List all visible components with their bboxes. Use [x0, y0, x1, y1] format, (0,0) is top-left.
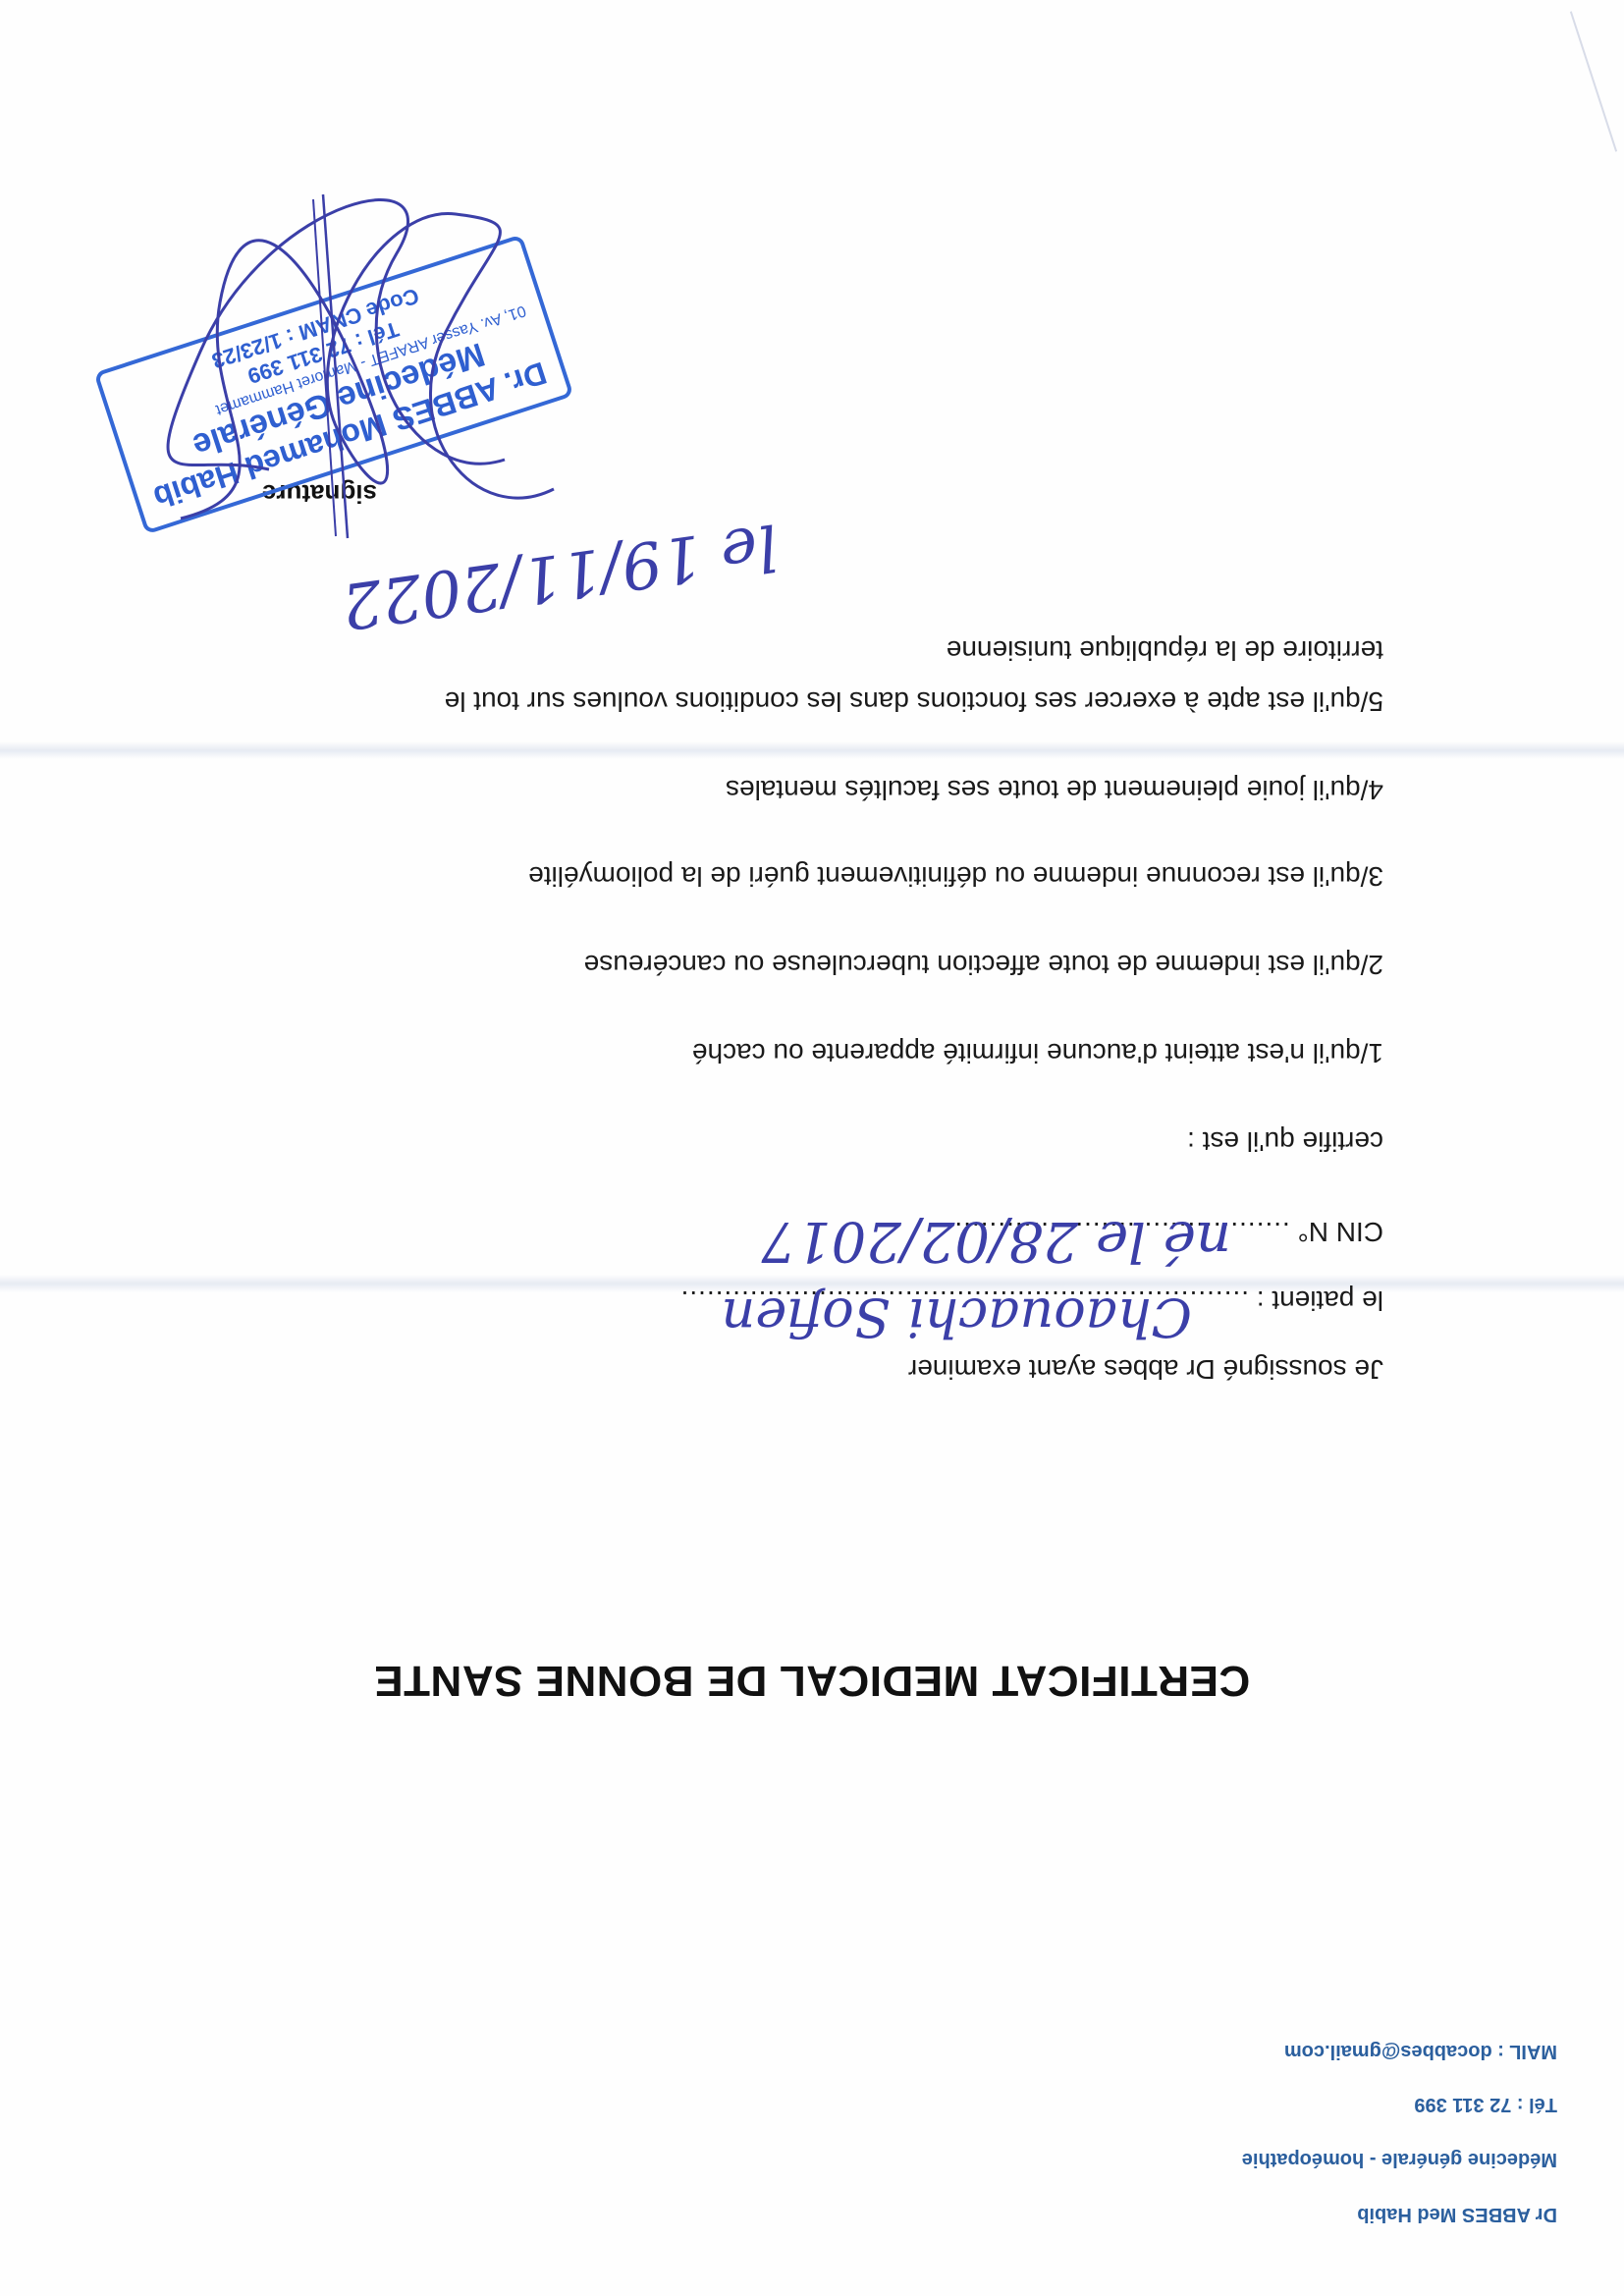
clause-2: 2/qu'il est indemne de toute affection t…: [584, 949, 1383, 980]
cin-handwritten-value: né le 28/02/2017: [761, 1209, 1231, 1273]
email: MAIL : docabbes@gmail.com: [1284, 2040, 1557, 2062]
intro-text: Je soussigné Dr abbes ayant examiner: [908, 1353, 1383, 1385]
doctor-name: Dr ABBES Med Habib: [1357, 2203, 1557, 2225]
cin-label: CIN N°: [1298, 1217, 1383, 1247]
paper-fold-line: [0, 741, 1624, 759]
clause-5-continued: territoire de la république tunisienne: [947, 634, 1383, 666]
clause-1: 1/qu'il n'est atteint d'aucune infirmité…: [692, 1037, 1383, 1068]
document-title: CERTIFICAT MEDICAL DE BONNE SANTE: [0, 1656, 1624, 1705]
scanned-certificate-page: Dr ABBES Med Habib Médecine générale - h…: [0, 0, 1624, 2296]
certifies-text: certifie qu'il est :: [1187, 1125, 1383, 1157]
signature-scribble-icon: [122, 175, 593, 548]
phone: Tél : 72 311 399: [1414, 2093, 1557, 2115]
specialty: Médecine générale - homéopathie: [1242, 2148, 1557, 2170]
patient-label: le patient :: [1257, 1285, 1383, 1316]
clause-5: 5/qu'il est apte à exercer ses fonctions…: [445, 685, 1383, 717]
scan-edge-mark: [1570, 11, 1617, 151]
clause-4: 4/qu'il jouie pleinement de toute ses fa…: [726, 774, 1383, 805]
clause-3: 3/qu'il est reconnue indemne ou définiti…: [528, 860, 1383, 892]
patient-handwritten-name: Chaouachi Sofien: [722, 1286, 1193, 1348]
